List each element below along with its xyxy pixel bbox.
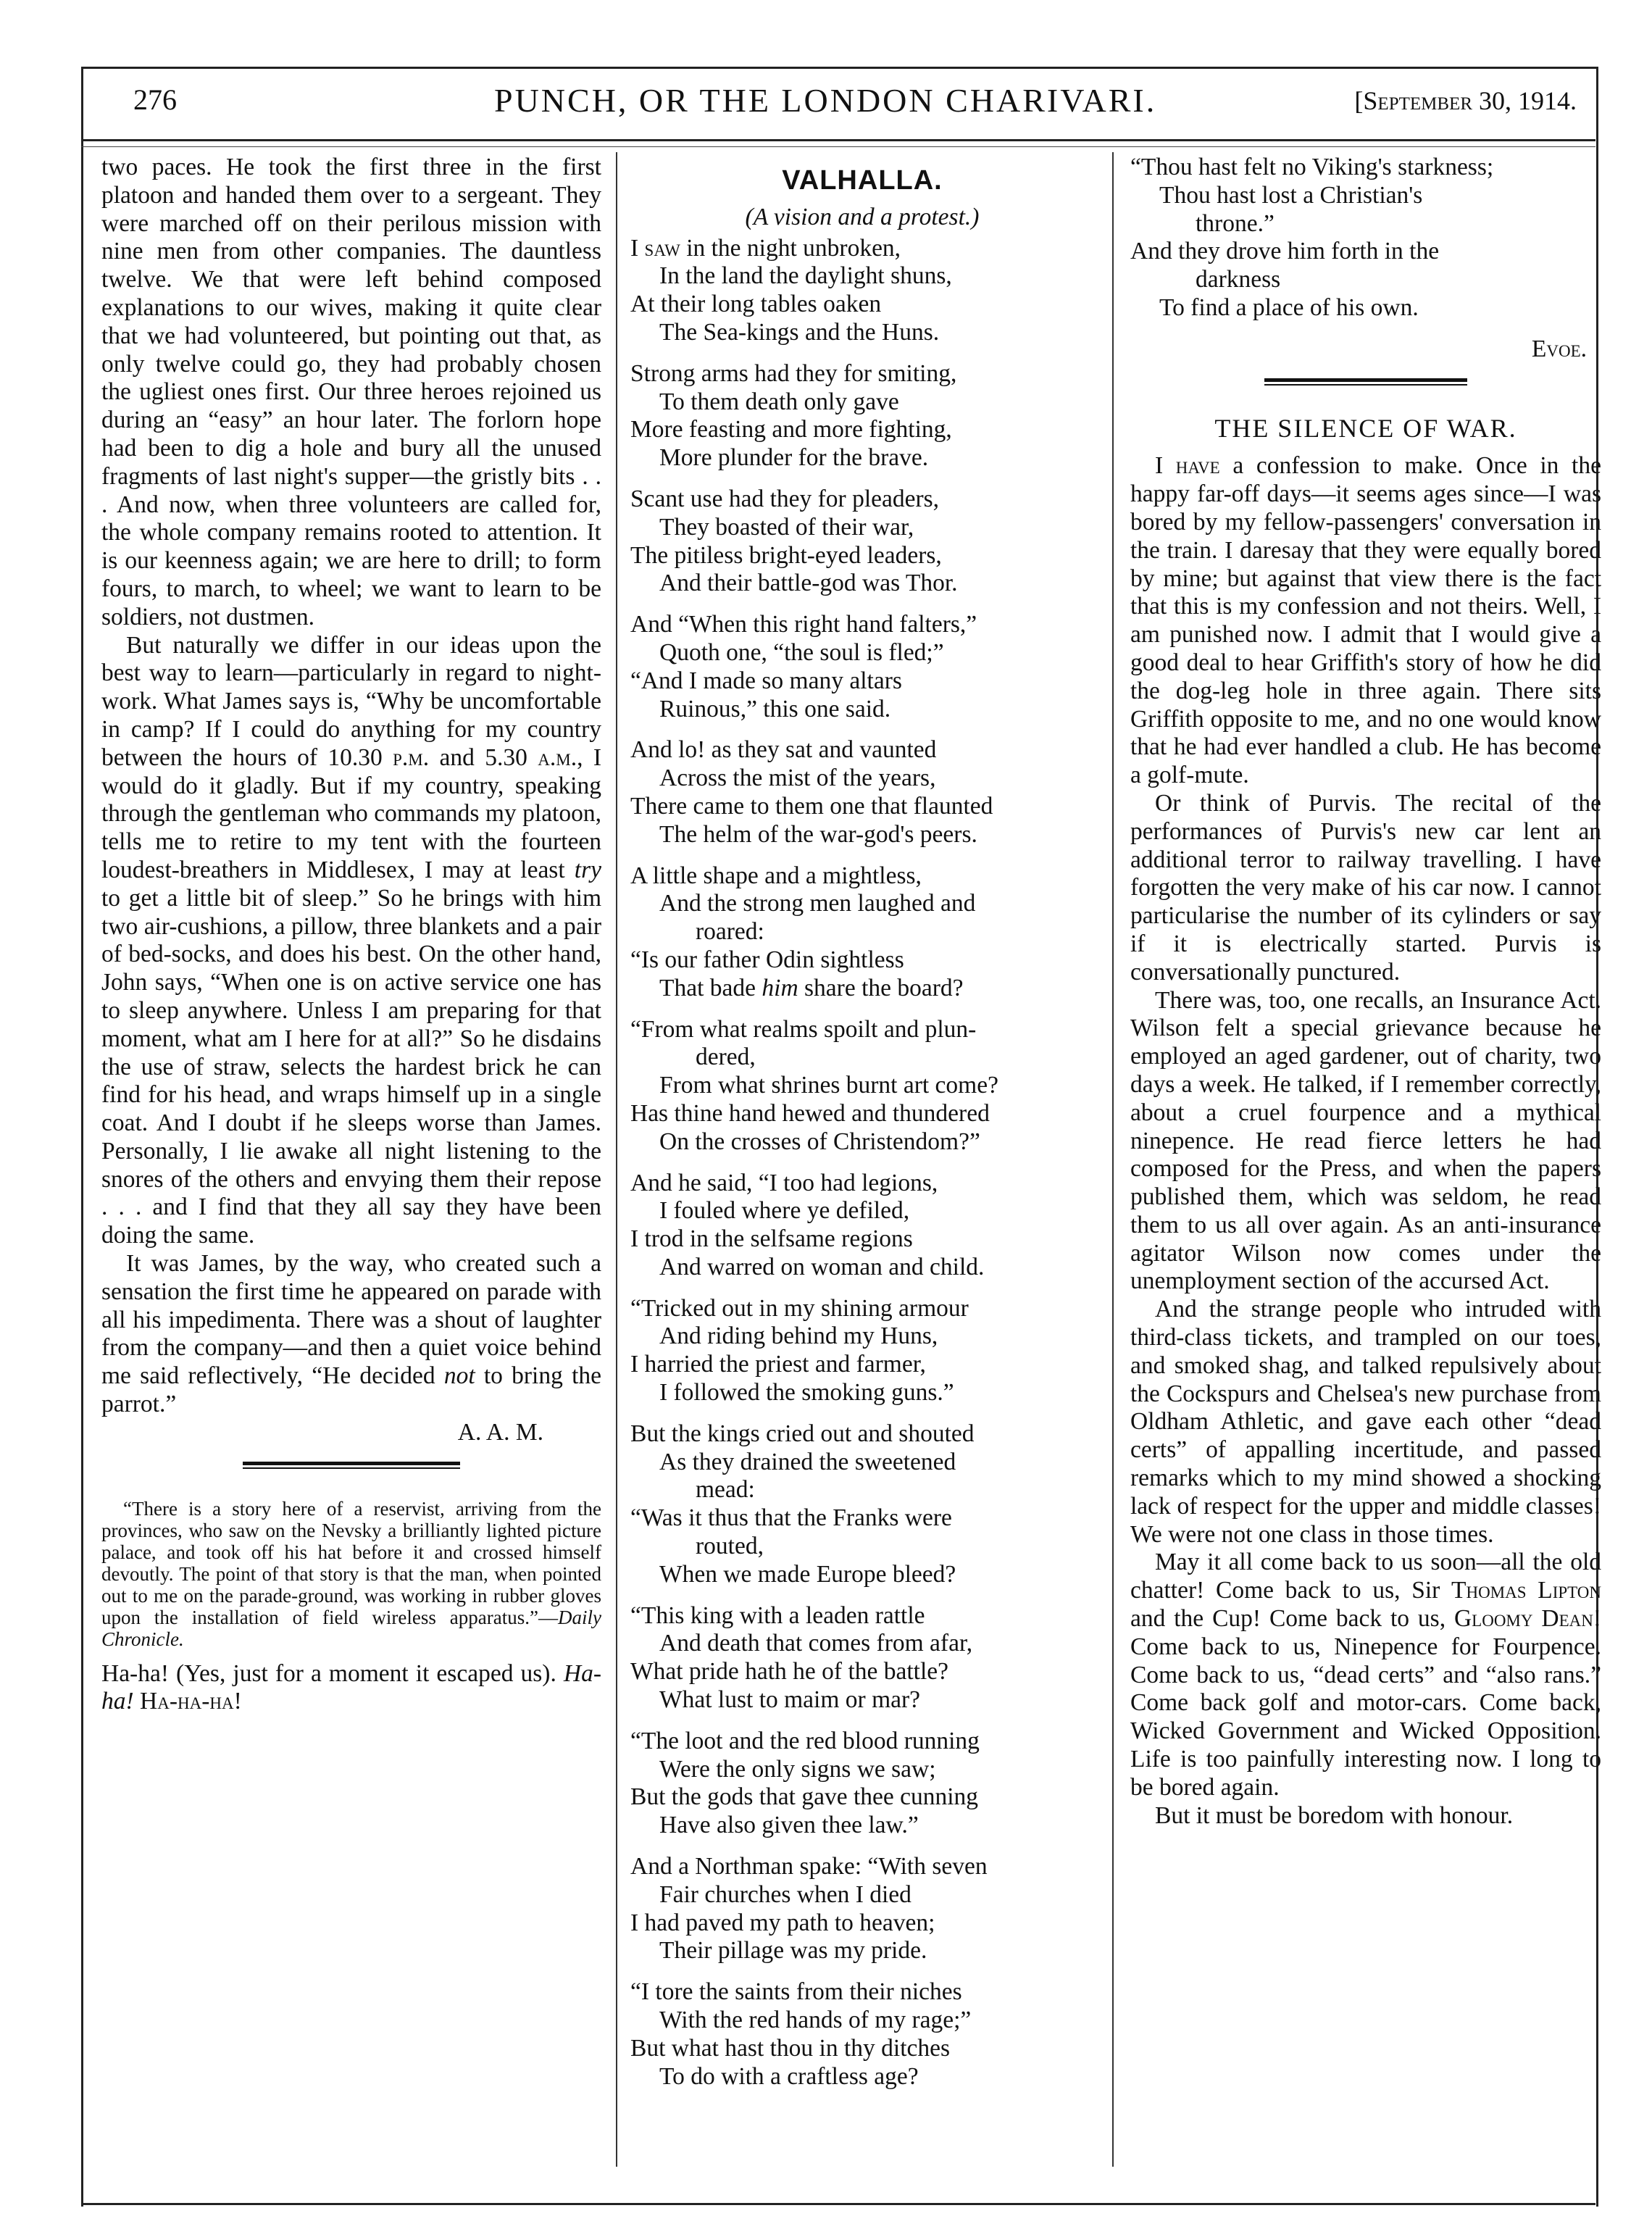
footnote-quote: “There is a story here of a reservist, a…: [101, 1498, 601, 1650]
poem-line: With the red hands of my rage;”: [630, 2007, 1094, 2035]
text-smallcaps: have: [1163, 452, 1220, 479]
article-paragraph-4: And the strange people who intruded with…: [1130, 1296, 1601, 1549]
text-run: Ha-ha! (Yes, just for a moment it escape…: [101, 1660, 564, 1687]
poem-line: Strong arms had they for smiting,: [630, 360, 1094, 388]
poem-line: In the land the daylight shuns,: [630, 262, 1094, 291]
continued-paragraph: two paces. He took the first three in th…: [101, 154, 601, 632]
poem-line: Ruinous,” this one said.: [630, 696, 1094, 724]
poem-line: Fair churches when I died: [630, 1881, 1094, 1909]
text-smallcaps: Thomas Lipton: [1451, 1577, 1601, 1604]
poem-line: And the strong men laughed and: [630, 890, 1094, 918]
poem-line: Their pillage was my pride.: [630, 1937, 1094, 1965]
poem-line: “The loot and the red blood running: [630, 1728, 1094, 1756]
text-italic-try: try: [575, 857, 601, 883]
text-italic-not: not: [444, 1362, 475, 1389]
text-run: I: [1155, 452, 1163, 479]
footer-rule: [81, 2203, 1595, 2205]
poem-line: More plunder for the brave.: [630, 444, 1094, 472]
poem-line: And death that comes from afar,: [630, 1630, 1094, 1658]
column-3: “Thou hast felt no Viking's starkness;Th…: [1130, 154, 1601, 1830]
poem-line: dered,: [630, 1043, 1094, 1072]
poem-line: Were the only signs we saw;: [630, 1756, 1094, 1784]
poem-stanza: “This king with a leaden rattleAnd death…: [630, 1602, 1094, 1715]
poem-stanza: A little shape and a mightless,And the s…: [630, 862, 1094, 1003]
poem-line: “Is our father Odin sightless: [630, 946, 1094, 975]
poem-line: As they drained the sweetened: [630, 1449, 1094, 1477]
poem-line: What pride hath he of the battle?: [630, 1658, 1094, 1686]
poem-line: They boasted of their war,: [630, 514, 1094, 542]
article-paragraph-1: I have a confession to make. Once in the…: [1130, 452, 1601, 790]
poem-line: And a Northman spake: “With seven: [630, 1853, 1094, 1881]
poem-stanza: “The loot and the red blood runningWere …: [630, 1728, 1094, 1840]
poem-line: More feasting and more fighting,: [630, 416, 1094, 444]
poem-line: And he said, “I too had legions,: [630, 1170, 1094, 1198]
header-rule: [81, 139, 1595, 141]
text-smallcaps: Gloomy Dean: [1454, 1605, 1593, 1632]
poem-stanza: And he said, “I too had legions,I fouled…: [630, 1170, 1094, 1282]
page-header: 276 PUNCH, OR THE LONDON CHARIVARI. [Sep…: [81, 67, 1595, 139]
poem-line: But the gods that gave thee cunning: [630, 1783, 1094, 1812]
poem-stanza: “From what realms spoilt and plun-dered,…: [630, 1016, 1094, 1157]
poem-line: To do with a craftless age?: [630, 2063, 1094, 2091]
poem-line: Has thine hand hewed and thundered: [630, 1100, 1094, 1128]
poem-stanza: Scant use had they for pleaders,They boa…: [630, 486, 1094, 598]
text-run: ! Come back to us, Ninepence for Fourpen…: [1130, 1605, 1601, 1801]
column-2-poem: VALHALLA. (A vision and a protest.) I sa…: [630, 154, 1094, 2104]
poem-line: But what hast thou in thy ditches: [630, 2035, 1094, 2063]
poem-line: At their long tables oaken: [630, 291, 1094, 319]
poem-line: I saw in the night unbroken,: [630, 235, 1094, 263]
signature-aam: A. A. M.: [101, 1419, 601, 1447]
poem-stanza: Strong arms had they for smiting,To them…: [630, 360, 1094, 472]
poem-line: There came to them one that flaunted: [630, 793, 1094, 821]
poem-stanza: But the kings cried out and shoutedAs th…: [630, 1420, 1094, 1589]
quote-text: “There is a story here of a reservist, a…: [101, 1498, 601, 1628]
text-pm: p.m.: [393, 744, 429, 771]
poem-line: I fouled where ye defiled,: [630, 1197, 1094, 1225]
poem-initial: I: [630, 235, 638, 262]
section-divider: [243, 1462, 460, 1469]
poem-line: “From what realms spoilt and plun-: [630, 1016, 1094, 1044]
poem-line: Thou hast lost a Christian's: [1130, 182, 1601, 210]
text-run: and the Cup! Come back to us,: [1130, 1605, 1454, 1632]
poem-body: I saw in the night unbroken,In the land …: [630, 235, 1094, 2091]
column-divider-2: [1112, 152, 1114, 2167]
header-rule-thin: [81, 146, 1595, 147]
poem-line: “And I made so many altars: [630, 667, 1094, 696]
article-paragraph-5: May it all come back to us soon—all the …: [1130, 1549, 1601, 1801]
poem-continuation: “Thou hast felt no Viking's starkness;Th…: [1130, 154, 1601, 322]
poem-line: From what shrines burnt art come?: [630, 1072, 1094, 1100]
signature-text: Evoe.: [1532, 336, 1587, 362]
poem-stanza: “Thou hast felt no Viking's starkness;Th…: [1130, 154, 1601, 322]
poem-line: But the kings cried out and shouted: [630, 1420, 1094, 1449]
poem-line: I followed the smoking guns.”: [630, 1379, 1094, 1407]
poem-stanza: And lo! as they sat and vauntedAcross th…: [630, 736, 1094, 849]
poem-line: And their battle-god was Thor.: [630, 570, 1094, 598]
paragraph-james-john: But naturally we differ in our ideas upo…: [101, 632, 601, 1251]
poem-line: That bade him share the board?: [630, 975, 1094, 1003]
poem-line: “I tore the saints from their niches: [630, 1978, 1094, 2007]
signature-evoe: Evoe.: [1130, 336, 1601, 364]
footnote-comment: Ha-ha! (Yes, just for a moment it escape…: [101, 1660, 601, 1717]
poem-line: I trod in the selfsame regions: [630, 1225, 1094, 1254]
poem-line: routed,: [630, 1533, 1094, 1561]
text-run: a confession to make. Once in the happy …: [1130, 452, 1601, 788]
poem-initial-smallcaps: saw: [638, 235, 680, 262]
poem-line: The helm of the war-god's peers.: [630, 821, 1094, 849]
text-smallcaps: Ha-ha-ha!: [134, 1688, 242, 1715]
poem-stanza: “I tore the saints from their nichesWith…: [630, 1978, 1094, 2091]
poem-subtitle: (A vision and a protest.): [630, 204, 1094, 232]
page-number: 276: [133, 83, 177, 117]
date-month: September: [1363, 86, 1472, 115]
text-run: to get a little bit of sleep.” So he bri…: [101, 885, 601, 1249]
poem-stanza: “Tricked out in my shining armourAnd rid…: [630, 1295, 1094, 1407]
poem-line: “This king with a leaden rattle: [630, 1602, 1094, 1630]
poem-line: And warred on woman and child.: [630, 1254, 1094, 1282]
section-divider: [1264, 378, 1467, 386]
poem-stanza: And a Northman spake: “With sevenFair ch…: [630, 1853, 1094, 1965]
issue-date: [September 30, 1914.: [1354, 86, 1577, 116]
poem-line: darkness: [1130, 266, 1601, 294]
poem-line: I harried the priest and farmer,: [630, 1351, 1094, 1379]
column-1: two paces. He took the first three in th…: [101, 154, 601, 1716]
poem-line: I had paved my path to heaven;: [630, 1909, 1094, 1938]
poem-line: A little shape and a mightless,: [630, 862, 1094, 891]
paragraph-parrot: It was James, by the way, who created su…: [101, 1250, 601, 1419]
text-run: and 5.30: [429, 744, 538, 771]
poem-line-rest: in the night unbroken,: [680, 235, 901, 262]
poem-line: And lo! as they sat and vaunted: [630, 736, 1094, 765]
poem-line: roared:: [630, 918, 1094, 946]
poem-italic-word: him: [762, 975, 798, 1001]
poem-line: Scant use had they for pleaders,: [630, 486, 1094, 514]
poem-line: What lust to maim or mar?: [630, 1686, 1094, 1715]
date-bracket: [: [1354, 86, 1363, 115]
poem-line: When we made Europe bleed?: [630, 1561, 1094, 1589]
poem-line: throne.”: [1130, 210, 1601, 238]
poem-line: And they drove him forth in the: [1130, 238, 1601, 266]
poem-line: Across the mist of the years,: [630, 765, 1094, 793]
poem-stanza: And “When this right hand falters,”Quoth…: [630, 611, 1094, 723]
poem-line: mead:: [630, 1476, 1094, 1504]
text-am: a.m.: [538, 744, 577, 771]
article-paragraph-2: Or think of Purvis. The recital of the p…: [1130, 790, 1601, 987]
poem-line: The pitiless bright-eyed leaders,: [630, 542, 1094, 570]
column-divider-1: [616, 152, 617, 2167]
poem-line: And riding behind my Huns,: [630, 1322, 1094, 1351]
poem-stanza: I saw in the night unbroken,In the land …: [630, 235, 1094, 347]
article-paragraph-3: There was, too, one recalls, an Insuranc…: [1130, 987, 1601, 1296]
date-rest: 30, 1914.: [1472, 86, 1577, 115]
poem-title: VALHALLA.: [630, 167, 1094, 195]
poem-line: Quoth one, “the soul is fled;”: [630, 639, 1094, 667]
masthead-title: PUNCH, OR THE LONDON CHARIVARI.: [494, 81, 1156, 120]
poem-line: “Tricked out in my shining armour: [630, 1295, 1094, 1323]
article-paragraph-6: But it must be boredom with honour.: [1130, 1802, 1601, 1830]
poem-line: To find a place of his own.: [1130, 294, 1601, 322]
article-title: THE SILENCE OF WAR.: [1130, 415, 1601, 443]
poem-line: On the crosses of Christendom?”: [630, 1128, 1094, 1157]
poem-line: “Thou hast felt no Viking's starkness;: [1130, 154, 1601, 182]
poem-line: “Was it thus that the Franks were: [630, 1504, 1094, 1533]
poem-line: And “When this right hand falters,”: [630, 611, 1094, 639]
poem-line: The Sea-kings and the Huns.: [630, 319, 1094, 347]
poem-line: Have also given thee law.”: [630, 1812, 1094, 1840]
poem-line: To them death only gave: [630, 388, 1094, 417]
